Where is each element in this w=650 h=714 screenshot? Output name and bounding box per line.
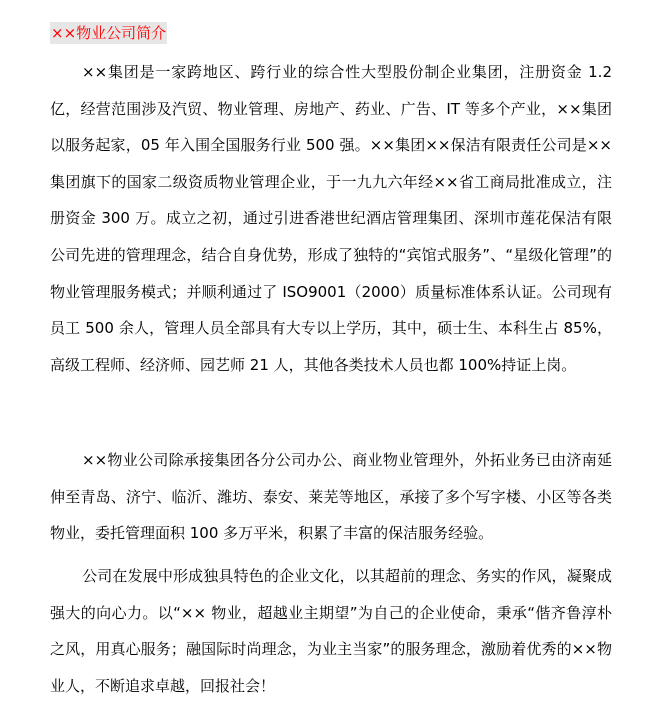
paragraph-business-scope-text: ××物业公司除承接集团各分公司办公、商业物业管理外，外拓业务已由济南延伸至青岛、… (50, 451, 612, 542)
paragraph-culture-text: 公司在发展中形成独具特色的企业文化，以其超前的理念、务实的作风，凝聚成强大的向心… (50, 567, 612, 695)
paragraph-intro: ××集团是一家跨地区、跨行业的综合性大型股份制企业集团，注册资金 1.2 亿，经… (50, 54, 612, 383)
title-line: ××物业公司简介 (50, 22, 167, 44)
document-title: ××物业公司简介 (50, 22, 167, 44)
paragraph-business-scope: ××物业公司除承接集团各分公司办公、商业物业管理外，外拓业务已由济南延伸至青岛、… (50, 442, 612, 552)
paragraph-culture: 公司在发展中形成独具特色的企业文化，以其超前的理念、务实的作风，凝聚成强大的向心… (50, 558, 612, 704)
paragraph-intro-text: ××集团是一家跨地区、跨行业的综合性大型股份制企业集团，注册资金 1.2 亿，经… (50, 63, 612, 374)
